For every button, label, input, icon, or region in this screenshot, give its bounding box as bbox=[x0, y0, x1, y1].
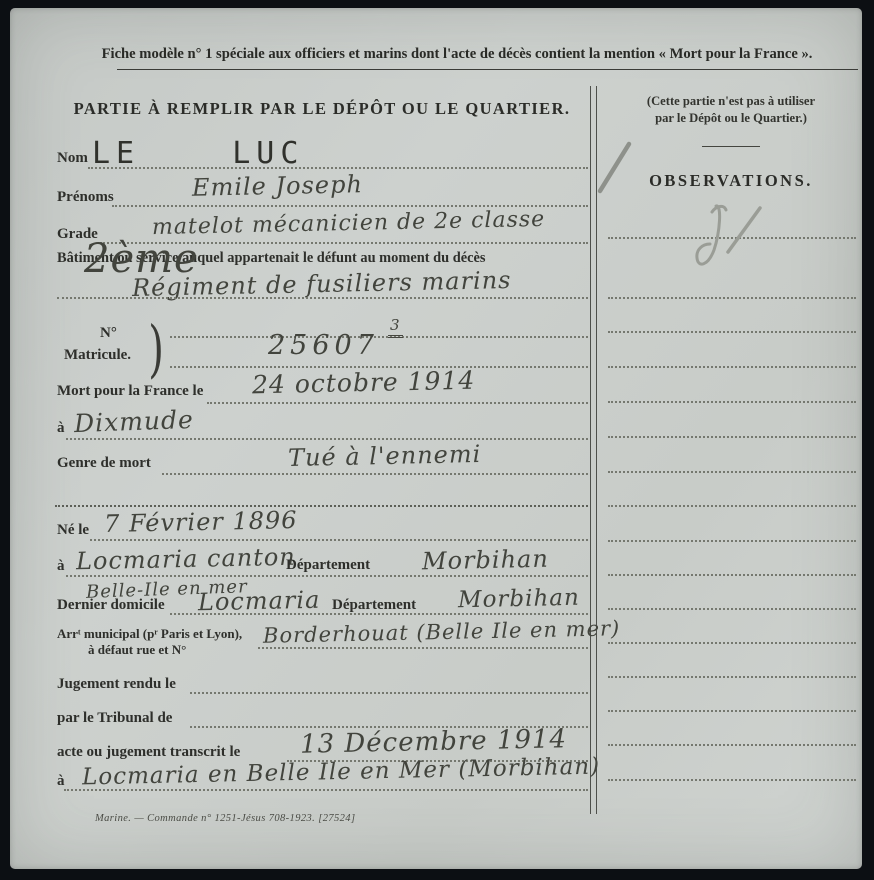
observations-rule bbox=[608, 505, 856, 507]
observations-rule bbox=[608, 540, 856, 542]
mort-a-value: Dixmude bbox=[74, 405, 195, 438]
mort-le-label: Mort pour la France le bbox=[57, 383, 203, 400]
prenoms-label: Prénoms bbox=[57, 189, 114, 206]
nom-rule bbox=[88, 167, 588, 169]
ne-le-value: 7 Février 1896 bbox=[104, 506, 298, 538]
observations-rule bbox=[608, 710, 856, 712]
right-note-line2: par le Dépôt ou le Quartier.) bbox=[655, 111, 807, 125]
section-separator-rule bbox=[55, 505, 588, 507]
transcrit-a-rule bbox=[64, 789, 588, 791]
genre-label: Genre de mort bbox=[57, 455, 151, 472]
observations-rule bbox=[608, 676, 856, 678]
header-underline bbox=[117, 69, 858, 70]
observations-rule bbox=[608, 574, 856, 576]
observations-rule bbox=[608, 642, 856, 644]
nom-label: Nom bbox=[57, 150, 88, 167]
observations-rule bbox=[608, 237, 856, 239]
tribunal-label: par le Tribunal de bbox=[57, 710, 172, 727]
column-divider-rule bbox=[590, 86, 597, 814]
left-section-title: PARTIE À REMPLIR PAR LE DÉPÔT OU LE QUAR… bbox=[56, 99, 588, 119]
batiment-rule bbox=[57, 297, 588, 299]
observations-title: OBSERVATIONS. bbox=[606, 171, 856, 191]
genre-value: Tué à l'ennemi bbox=[288, 440, 482, 472]
matricule-value: 25607 bbox=[268, 330, 379, 361]
form-model-title: Fiche modèle n° 1 spéciale aux officiers… bbox=[55, 46, 859, 63]
observations-rule bbox=[608, 436, 856, 438]
nom-value: LE LUC bbox=[92, 136, 304, 171]
genre-rule bbox=[162, 473, 588, 475]
ne-departement-label: Département bbox=[286, 557, 370, 574]
mort-a-rule bbox=[66, 438, 588, 440]
transcrit-a-label: à bbox=[57, 773, 65, 790]
observations-rule bbox=[608, 297, 856, 299]
arrondissement-rule bbox=[258, 647, 588, 649]
right-note-line1: (Cette partie n'est pas à utiliser bbox=[647, 94, 815, 108]
observations-rule bbox=[608, 608, 856, 610]
domicile-value: Locmaria bbox=[198, 586, 321, 617]
matricule-superscript: 3 bbox=[388, 316, 403, 338]
matricule-label-no: N° bbox=[100, 325, 117, 342]
jugement-rule bbox=[190, 692, 588, 694]
ne-a-value: Locmaria canton bbox=[76, 543, 296, 576]
ne-a-label: à bbox=[57, 558, 65, 575]
domicile-departement-label: Département bbox=[332, 597, 416, 614]
printer-imprint: Marine. — Commande n° 1251-Jésus 708-192… bbox=[95, 813, 355, 824]
right-column-note: (Cette partie n'est pas à utiliser par l… bbox=[606, 93, 856, 127]
matricule-rule-1 bbox=[170, 336, 588, 338]
observations-rule bbox=[608, 471, 856, 473]
ne-departement-value: Morbihan bbox=[422, 545, 549, 576]
domicile-rule bbox=[170, 613, 588, 615]
prenoms-value: Emile Joseph bbox=[192, 170, 363, 202]
domicile-departement-value: Morbihan bbox=[458, 585, 580, 614]
right-note-rule bbox=[702, 146, 760, 147]
mort-a-label: à bbox=[57, 420, 65, 437]
observations-rule bbox=[608, 366, 856, 368]
jugement-label: Jugement rendu le bbox=[57, 676, 176, 693]
ne-a-rule bbox=[66, 575, 588, 577]
domicile-label: Dernier domicile bbox=[57, 597, 165, 614]
arrondissement-label-line2: à défaut rue et N° bbox=[88, 642, 186, 658]
observations-rule bbox=[608, 779, 856, 781]
matricule-brace: ) bbox=[148, 312, 164, 385]
transcrit-label: acte ou jugement transcrit le bbox=[57, 744, 240, 761]
ne-le-label: Né le bbox=[57, 522, 89, 539]
ne-le-rule bbox=[90, 539, 588, 541]
arrondissement-label-line1: Arrᵗ municipal (pʳ Paris et Lyon), bbox=[57, 626, 242, 642]
scanned-document-page: Fiche modèle n° 1 spéciale aux officiers… bbox=[0, 0, 874, 880]
matricule-label: Matricule. bbox=[64, 347, 131, 364]
mort-le-value: 24 octobre 1914 bbox=[252, 366, 476, 400]
mort-le-rule bbox=[207, 402, 588, 404]
observations-rule bbox=[608, 331, 856, 333]
observations-rule bbox=[608, 744, 856, 746]
observations-rule bbox=[608, 401, 856, 403]
